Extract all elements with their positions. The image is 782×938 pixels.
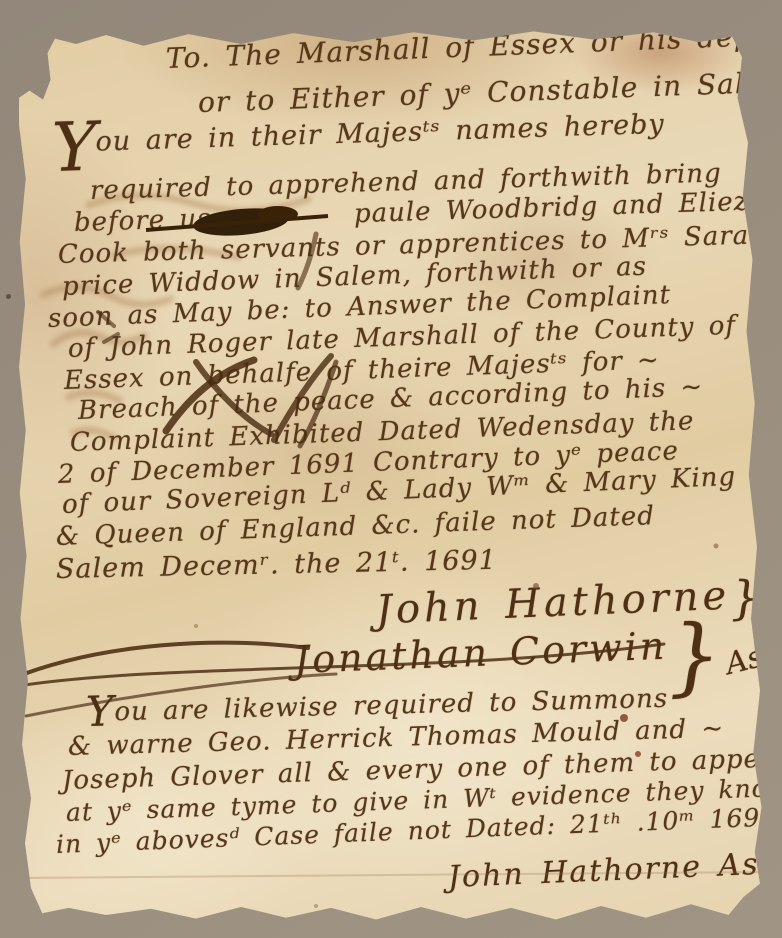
salutation-line-2: or to Either of yᵉ Constable in Salem [197, 65, 782, 119]
mat-speck [6, 294, 11, 299]
dateline: Salem Decemʳ. the 21ᵗ. 1691 [56, 545, 498, 585]
salutation-line-1: To. The Marshall of Essex or his depᵗ [165, 19, 761, 75]
signature-name: Jonathan Corwin [293, 624, 668, 682]
signature-office: Assists [722, 623, 782, 683]
manuscript-paper: To. The Marshall of Essex or his depᵗ or… [16, 26, 766, 924]
body-line: You are in their Majesᵗˢ names hereby [52, 109, 666, 159]
signature-brace-icon: } [729, 570, 761, 625]
photograph-of-manuscript: To. The Marshall of Essex or his depᵗ or… [0, 0, 782, 938]
postscript-signature-john-hathorne: John Hathorne Assist [447, 844, 782, 895]
signature-brace-icon: } [666, 606, 723, 706]
